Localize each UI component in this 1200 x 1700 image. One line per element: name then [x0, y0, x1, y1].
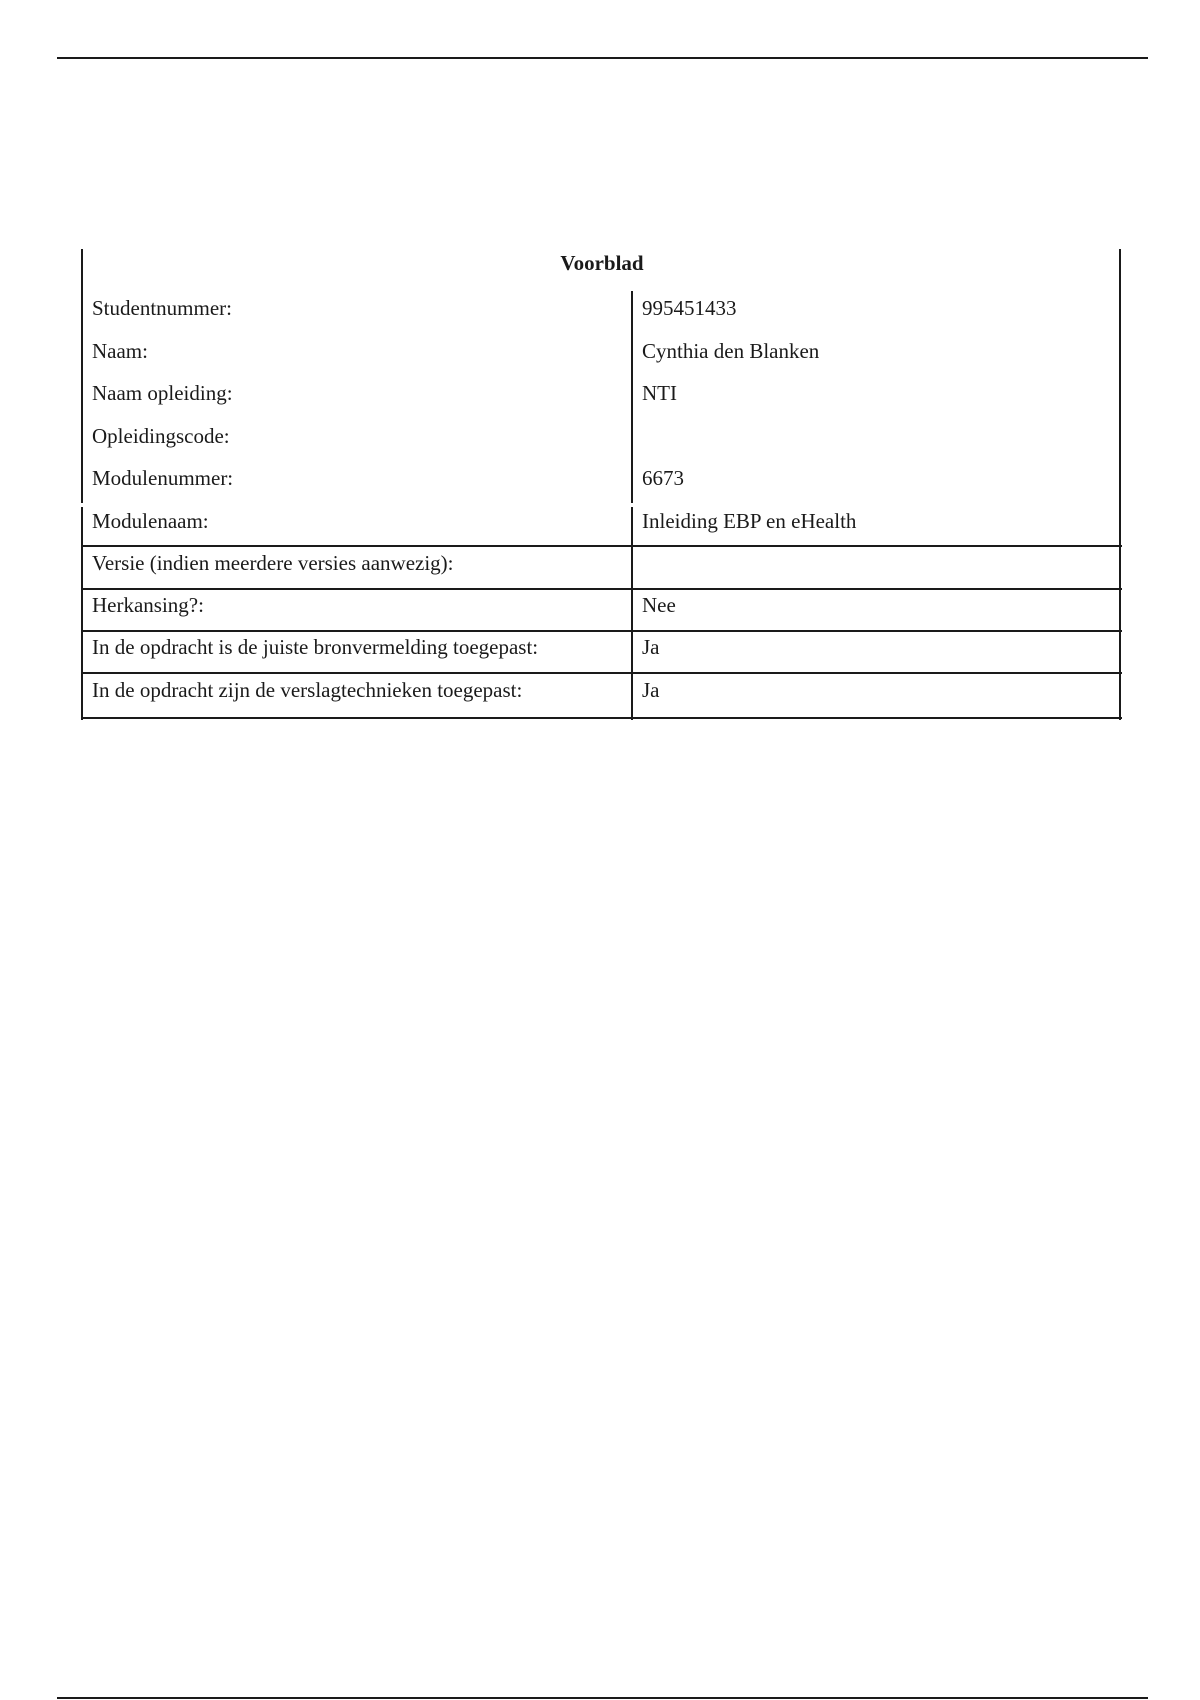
row-border — [82, 545, 1122, 547]
row-label: Versie (indien meerdere versies aanwezig… — [92, 550, 454, 576]
row-label: Opleidingscode: — [92, 423, 230, 449]
column-divider — [631, 291, 633, 503]
row-border — [82, 630, 1122, 632]
header-rule — [57, 57, 1148, 59]
row-label: Naam opleiding: — [92, 380, 233, 406]
row-value: Nee — [642, 592, 676, 618]
row-border — [82, 588, 1122, 590]
row-value: NTI — [642, 380, 677, 406]
table-title: Voorblad — [82, 250, 1122, 276]
row-label: Naam: — [92, 338, 148, 364]
column-divider-lower — [631, 507, 633, 720]
row-value: Inleiding EBP en eHealth — [642, 508, 856, 534]
row-label: In de opdracht is de juiste bronvermeldi… — [92, 634, 538, 660]
row-value: 995451433 — [642, 295, 737, 321]
table-left-border-lower — [81, 507, 83, 720]
row-label: Modulenummer: — [92, 465, 233, 491]
row-value: Ja — [642, 677, 660, 703]
footer-rule — [57, 1697, 1148, 1699]
row-value: Ja — [642, 634, 660, 660]
table-right-border — [1119, 249, 1121, 720]
row-value: 6673 — [642, 465, 684, 491]
row-border — [82, 672, 1122, 674]
row-value: Cynthia den Blanken — [642, 338, 819, 364]
row-label: Herkansing?: — [92, 592, 204, 618]
table-bottom-border — [82, 717, 1122, 719]
row-label: In de opdracht zijn de verslagtechnieken… — [92, 677, 522, 703]
table-left-border — [81, 249, 83, 503]
row-label: Studentnummer: — [92, 295, 232, 321]
row-label: Modulenaam: — [92, 508, 209, 534]
